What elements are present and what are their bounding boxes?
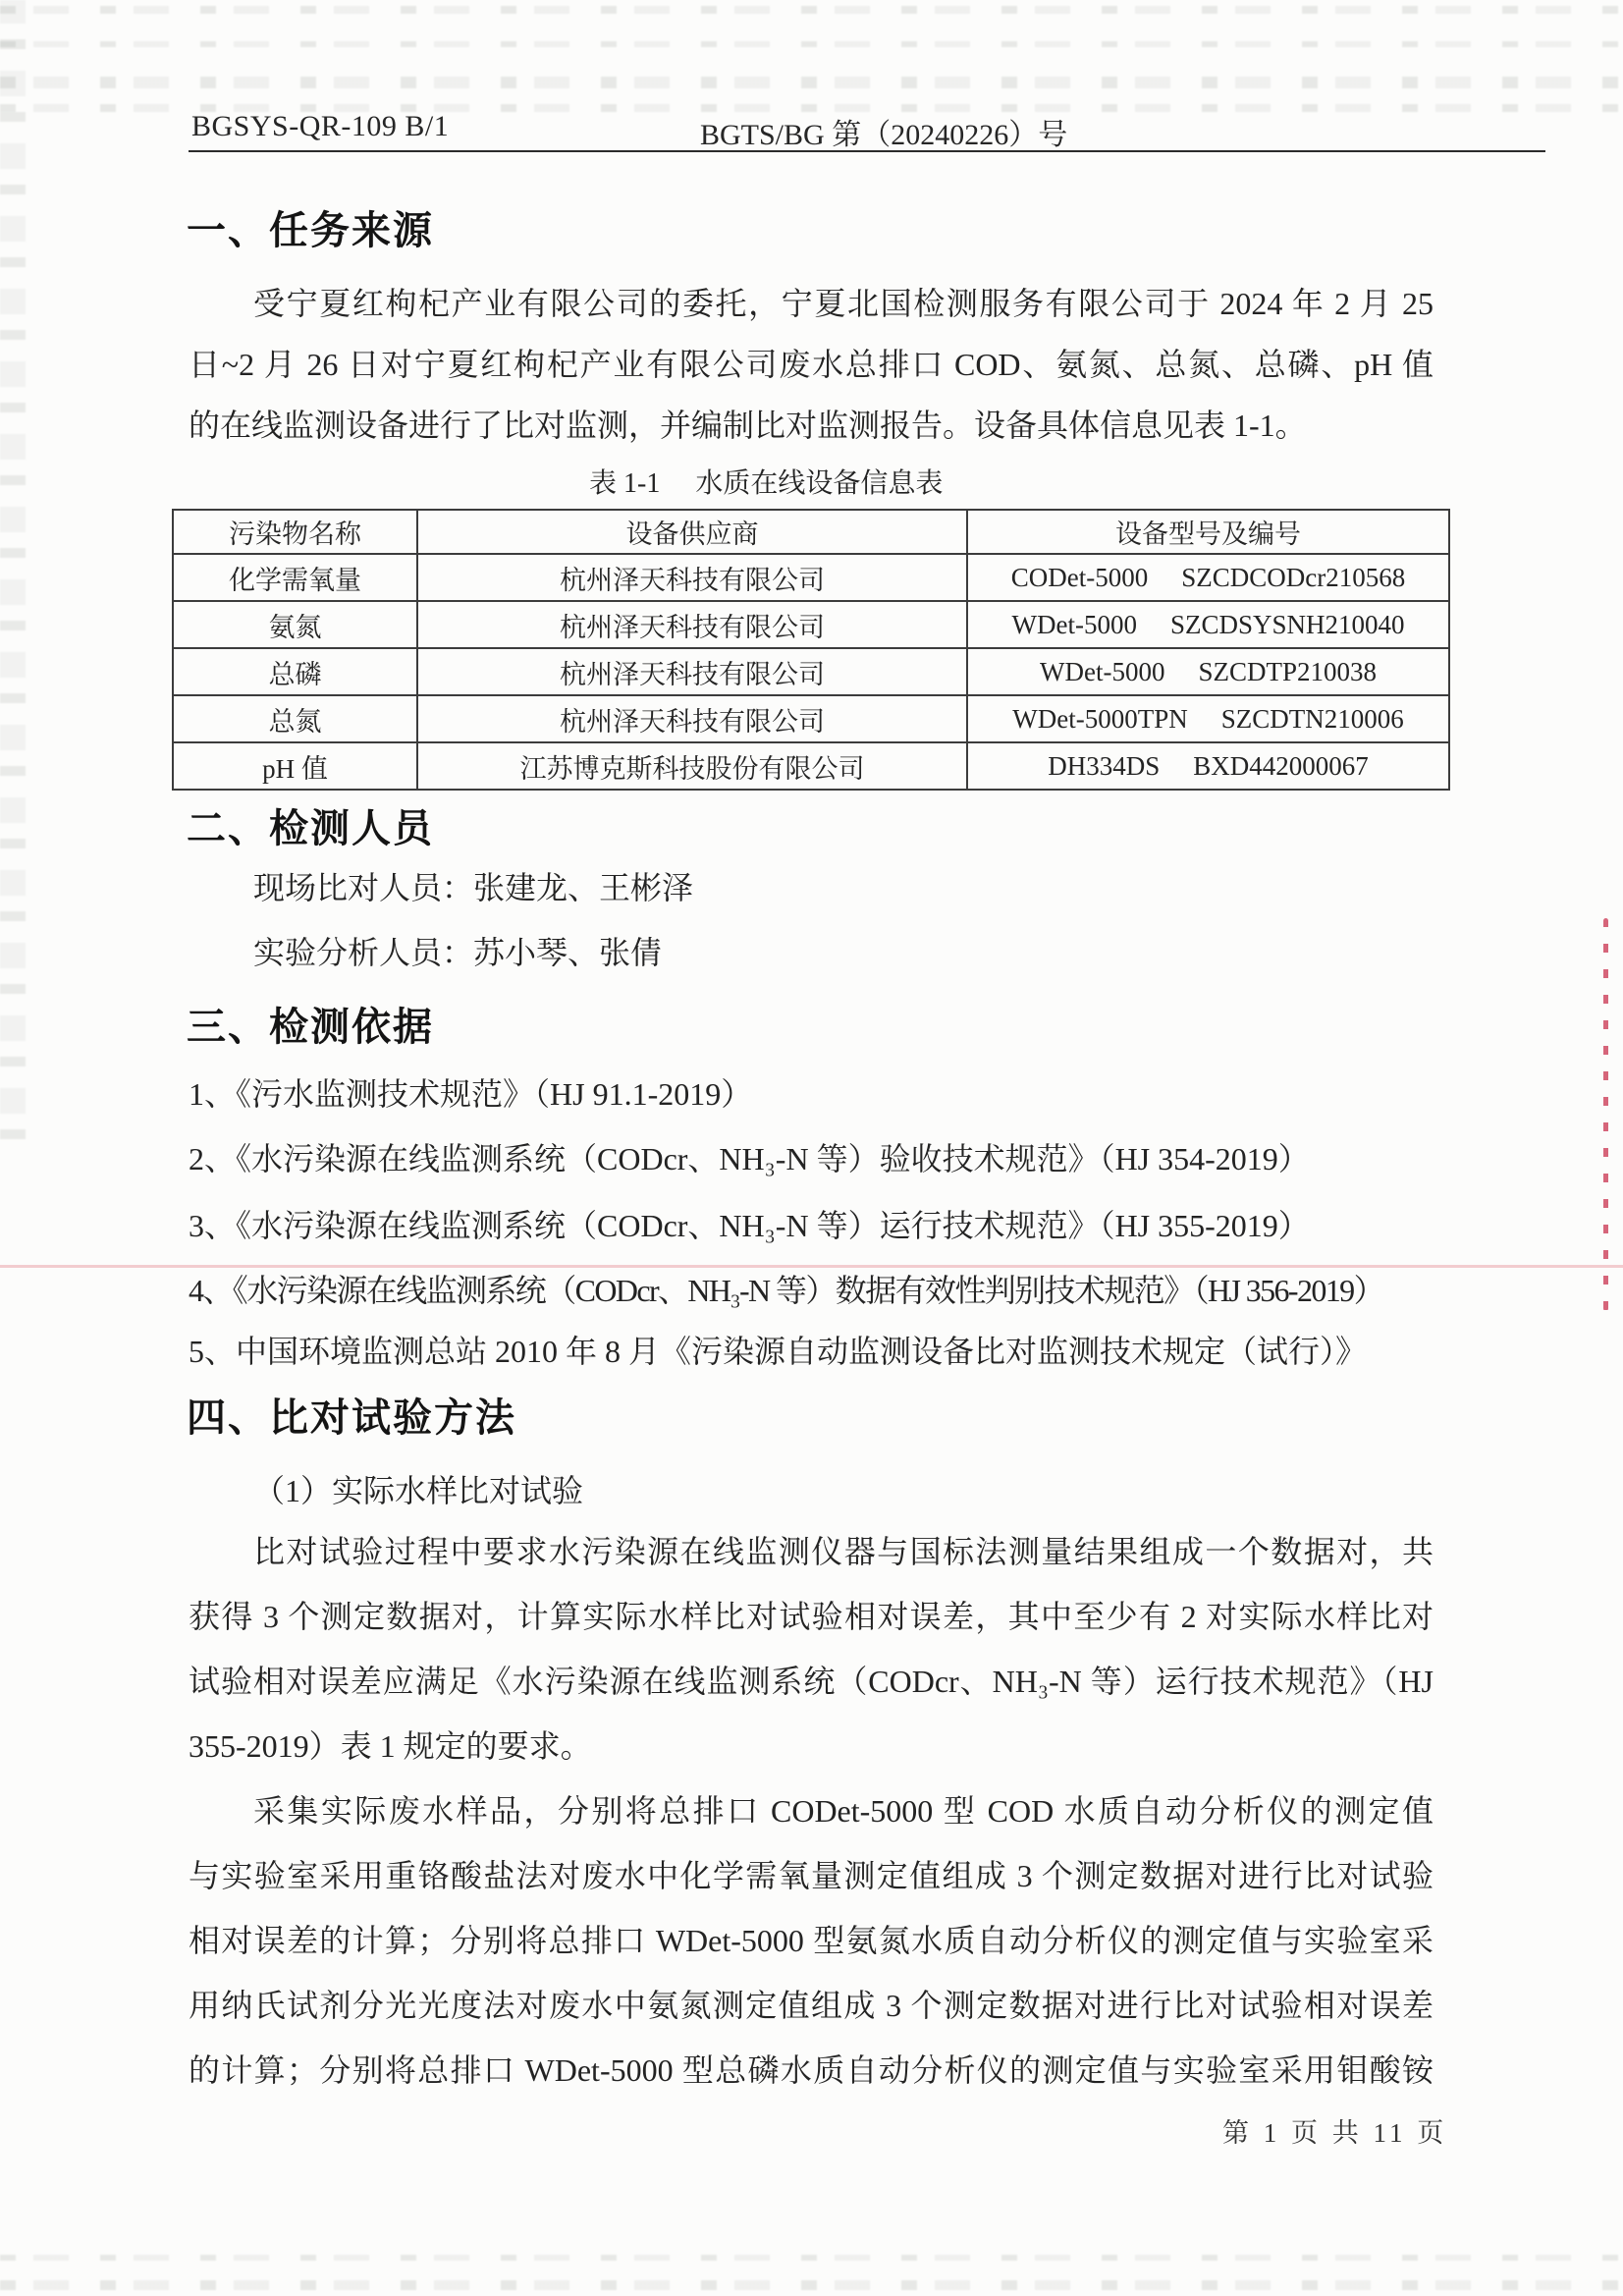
scan-noise-left-edge <box>0 0 26 1139</box>
device-info-table: 污染物名称 设备供应商 设备型号及编号 化学需氧量 杭州泽天科技有限公司 COD… <box>172 509 1450 791</box>
para-line: 与实验室采用重铬酸盐法对废水中化学需氧量测定值组成 3 个测定数据对进行比对试验 <box>189 1852 1434 1899</box>
supplier-cell: 杭州泽天科技有限公司 <box>417 601 967 648</box>
serial-value: SZCDSYSNH210040 <box>1170 610 1405 640</box>
model-value: CODet-5000 <box>1011 563 1148 593</box>
para-line: 受宁夏红枸杞产业有限公司的委托，宁夏北国检测服务有限公司于 2024 年 2 月… <box>189 280 1434 327</box>
table-caption-title: 水质在线设备信息表 <box>695 465 943 504</box>
personnel-line: 实验分析人员：苏小琴、张倩 <box>189 929 1434 976</box>
header-rule <box>189 150 1545 152</box>
table-row: 化学需氧量 杭州泽天科技有限公司 CODet-5000 SZCDCODcr210… <box>173 554 1449 601</box>
red-pen-dash-mark <box>1603 918 1608 1311</box>
doc-code: BGSYS-QR-109 B/1 <box>191 110 449 143</box>
para-line: 的计算；分别将总排口 WDet-5000 型总磷水质自动分析仪的测定值与实验室采… <box>189 2047 1434 2094</box>
doc-number: BGTS/BG 第（20240226）号 <box>700 110 1067 153</box>
para-line: 比对试验过程中要求水污染源在线监测仪器与国标法测量结果组成一个数据对，共 <box>189 1528 1434 1575</box>
table-row: 氨氮 杭州泽天科技有限公司 WDet-5000 SZCDSYSNH210040 <box>173 601 1449 648</box>
table-caption-label: 表 1-1 <box>589 465 660 504</box>
serial-value: SZCDTN210006 <box>1221 704 1404 735</box>
serial-value: BXD442000067 <box>1193 751 1369 782</box>
para-line: 355-2019）表 1 规定的要求。 <box>189 1722 1434 1770</box>
pollutant-cell: pH 值 <box>173 742 417 790</box>
personnel-line: 现场比对人员：张建龙、王彬泽 <box>189 864 1434 911</box>
col-header-pollutant: 污染物名称 <box>173 510 417 554</box>
reference-item: 3、《水污染源在线监测系统（CODcr、NH₃-N 等）运行技术规范》（HJ 3… <box>189 1202 1434 1249</box>
scan-noise-top-band <box>0 77 1623 88</box>
para-line: 采集实际废水样品，分别将总排口 CODet-5000 型 COD 水质自动分析仪… <box>189 1787 1434 1834</box>
pollutant-cell: 总氮 <box>173 695 417 742</box>
model-value: DH334DS <box>1048 751 1160 782</box>
supplier-cell: 杭州泽天科技有限公司 <box>417 695 967 742</box>
scan-noise-top-band <box>0 6 1623 14</box>
model-cell: WDet-5000 SZCDSYSNH210040 <box>967 601 1449 648</box>
supplier-cell: 杭州泽天科技有限公司 <box>417 554 967 601</box>
para-line: 获得 3 个测定数据对，计算实际水样比对试验相对误差，其中至少有 2 对实际水样… <box>189 1593 1434 1640</box>
reference-item: 2、《水污染源在线监测系统（CODcr、NH₃-N 等）验收技术规范》（HJ 3… <box>189 1135 1434 1182</box>
para-line: 的在线监测设备进行了比对监测，并编制比对监测报告。设备具体信息见表 1-1。 <box>189 402 1434 449</box>
pollutant-cell: 化学需氧量 <box>173 554 417 601</box>
table-row: 总氮 杭州泽天科技有限公司 WDet-5000TPN SZCDTN210006 <box>173 695 1449 742</box>
table-header-row: 污染物名称 设备供应商 设备型号及编号 <box>173 510 1449 554</box>
section-2-title: 二、检测人员 <box>187 797 434 853</box>
col-header-supplier: 设备供应商 <box>417 510 967 554</box>
pollutant-cell: 总磷 <box>173 648 417 695</box>
page-number: 第 1 页 共 11 页 <box>1222 2111 1447 2150</box>
para-line: 用纳氏试剂分光光度法对废水中氨氮测定值组成 3 个测定数据对进行比对试验相对误差 <box>189 1982 1434 2029</box>
section-3-title: 三、检测依据 <box>187 996 434 1052</box>
method-subheading: （1）实际水样比对试验 <box>189 1467 1434 1514</box>
reference-item: 4、《水污染源在线监测系统（CODcr、NH₃-N 等）数据有效性判别技术规范》… <box>189 1267 1434 1314</box>
model-value: WDet-5000 <box>1011 610 1136 640</box>
para-line: 试验相对误差应满足《水污染源在线监测系统（CODcr、NH₃-N 等）运行技术规… <box>189 1658 1434 1705</box>
model-cell: WDet-5000TPN SZCDTN210006 <box>967 695 1449 742</box>
serial-value: SZCDTP210038 <box>1198 657 1377 687</box>
scan-noise-bottom-band <box>0 2255 1623 2261</box>
scan-noise-top-band <box>0 41 1623 47</box>
reference-item: 1、《污水监测技术规范》（HJ 91.1-2019） <box>189 1070 1434 1118</box>
para-line: 相对误差的计算；分别将总排口 WDet-5000 型氨氮水质自动分析仪的测定值与… <box>189 1917 1434 1964</box>
model-cell: DH334DS BXD442000067 <box>967 742 1449 790</box>
pollutant-cell: 氨氮 <box>173 601 417 648</box>
section-1-title: 一、任务来源 <box>187 199 434 255</box>
col-header-model: 设备型号及编号 <box>967 510 1449 554</box>
table-caption: 表 1-1 水质在线设备信息表 <box>589 465 943 504</box>
model-cell: WDet-5000 SZCDTP210038 <box>967 648 1449 695</box>
reference-item: 5、中国环境监测总站 2010 年 8 月《污染源自动监测设备比对监测技术规定（… <box>189 1328 1434 1375</box>
scanned-report-page: BGSYS-QR-109 B/1 BGTS/BG 第（20240226）号 一、… <box>0 0 1623 2296</box>
section-4-title: 四、比对试验方法 <box>187 1387 516 1443</box>
table-row: 总磷 杭州泽天科技有限公司 WDet-5000 SZCDTP210038 <box>173 648 1449 695</box>
supplier-cell: 江苏博克斯科技股份有限公司 <box>417 742 967 790</box>
supplier-cell: 杭州泽天科技有限公司 <box>417 648 967 695</box>
model-cell: CODet-5000 SZCDCODcr210568 <box>967 554 1449 601</box>
model-value: WDet-5000TPN <box>1012 704 1187 735</box>
scan-noise-bottom-band <box>0 2280 1623 2290</box>
model-value: WDet-5000 <box>1040 657 1164 687</box>
table-row: pH 值 江苏博克斯科技股份有限公司 DH334DS BXD442000067 <box>173 742 1449 790</box>
serial-value: SZCDCODcr210568 <box>1181 563 1405 593</box>
para-line: 日~2 月 26 日对宁夏红枸杞产业有限公司废水总排口 COD、氨氮、总氮、总磷… <box>189 341 1434 388</box>
